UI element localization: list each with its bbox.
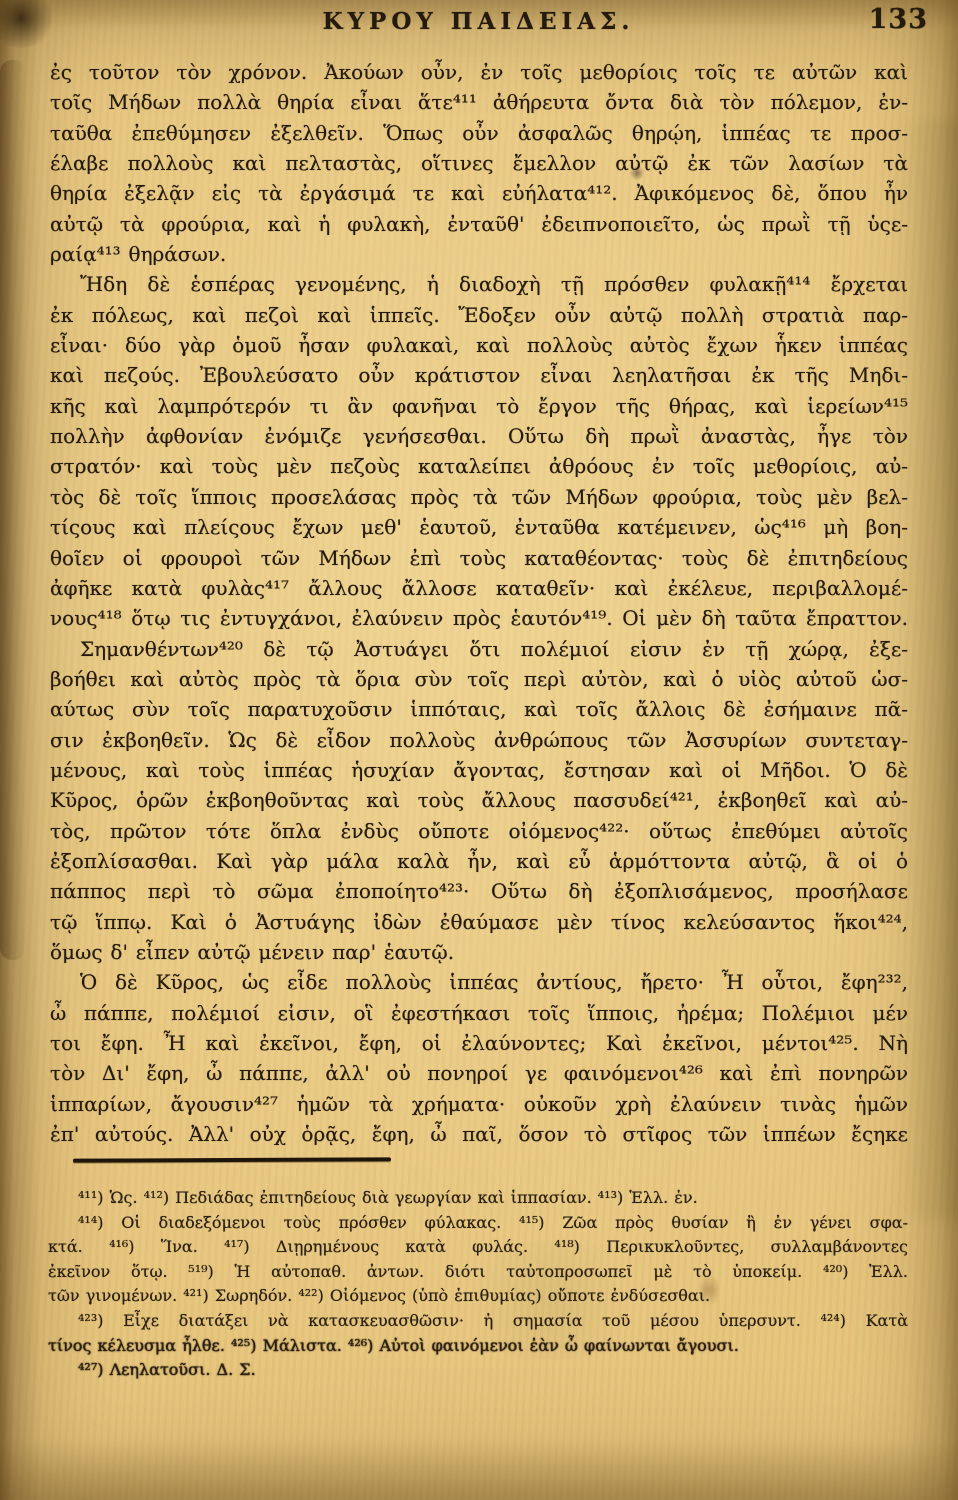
text-line: ἱππαρίων, ἄγουσιν⁴²⁷ ἡμῶν τὰ χρήματα· οὐ… <box>50 1089 908 1119</box>
text-line: ἐκ πόλεως, καὶ πεζοὶ καὶ ἱππεῖς. Ἔδοξεν … <box>50 300 908 330</box>
text-line: Ἤδη δὲ ἑσπέρας γενομένης, ἡ διαδοχὴ τῇ π… <box>50 269 908 299</box>
text-line: αὐτῷ τὰ φρούρια, καὶ ἡ φυλακὴ, ἐνταῦθ' ἐ… <box>50 209 908 239</box>
text-line: σιν ἐκβοηθεῖν. Ὡς δὲ εἶδον πολλοὺς ἀνθρώ… <box>50 725 908 755</box>
text-line: ὅμως δ' εἶπεν αὐτῷ μένειν παρ' ἑαυτῷ. <box>50 937 908 967</box>
main-text: ἐς τοῦτον τὸν χρόνον. Ἀκούων οὖν, ἐν τοῖ… <box>50 57 908 1149</box>
text-line: νους⁴¹⁸ ὅτῳ τις ἐντυγχάνοι, ἐλαύνειν πρὸ… <box>50 603 908 633</box>
text-line: βοήθει καὶ αὐτὸς πρὸς τὰ ὅρια σὺν τοῖς π… <box>50 664 908 694</box>
footnotes: ⁴¹¹) Ὡς. ⁴¹²) Πεδιάδας ἐπιτηδείους διὰ γ… <box>48 1186 908 1383</box>
text-line: ἐς τοῦτον τὸν χρόνον. Ἀκούων οὖν, ἐν τοῖ… <box>50 57 908 87</box>
text-line: αύτως σὺν τοῖς παρατυχοῦσιν ἱππόταις, κα… <box>50 694 908 724</box>
text-line: ραίᾳ⁴¹³ θηράσων. <box>50 239 908 269</box>
text-line: Σημανθέντων⁴²⁰ δὲ τῷ Ἀστυάγει ὅτι πολέμι… <box>50 634 908 664</box>
footnote-line: τίνος κέλευσμα ἦλθε. ⁴²⁵) Μάλιστα. ⁴²⁶) … <box>48 1334 908 1359</box>
text-line: τὸς δὲ τοῖς ἵπποις προσελάσας πρὸς τὰ τῶ… <box>50 482 908 512</box>
footnote-line: ἐκεῖνον ὅτῳ. ⁵¹⁹) Ἡ αὐτοπαθ. ἀντων. διότ… <box>48 1260 908 1285</box>
text-line: στρατόν· καὶ τοὺς μὲν πεζοὺς καταλείπει … <box>50 451 908 481</box>
footnote-line: ⁴²⁷) Λεηλατοῦσι. Δ. Σ. <box>48 1358 908 1383</box>
text-line: κῆς καὶ λαμπρότερόν τι ἂν φανῆναι τὸ ἔργ… <box>50 391 908 421</box>
text-line: τοι ἔφη. Ἦ καὶ ἐκεῖνοι, ἔφη, οἱ ἐλαύνοντ… <box>50 1028 908 1058</box>
page-title: ΚΥΡΟΥ ΠΑΙΔΕΙΑΣ. <box>323 8 635 35</box>
text-line: πολλὴν ἀφθονίαν ἐνόμιζε γενήσεσθαι. Οὕτω… <box>50 421 908 451</box>
ink-smudge-top-left <box>0 0 56 48</box>
page-number: 133 <box>869 4 928 35</box>
footnote-line: ⁴¹⁴) Οἱ διαδεξόμενοι τοὺς πρόσθεν φύλακα… <box>48 1211 908 1236</box>
text-line: ἐξοπλίσασθαι. Καὶ γὰρ μάλα καλὰ ἦν, καὶ … <box>50 846 908 876</box>
text-line: τίςους καὶ πλείςους ἔχων μεθ' ἑαυτοῦ, ἐν… <box>50 512 908 542</box>
text-line: ἐπ' αὐτούς. Ἀλλ' οὐχ ὁρᾷς, ἔφη, ὦ παῖ, ὅ… <box>50 1119 908 1149</box>
text-line: Ὁ δὲ Κῦρος, ὡς εἶδε πολλοὺς ἱππέας ἀντίο… <box>50 967 908 997</box>
text-line: πάππος περὶ τὸ σῶμα ἐποποίητο⁴²³· Οὕτω δ… <box>50 876 908 906</box>
page-header: ΚΥΡΟΥ ΠΑΙΔΕΙΑΣ. <box>50 8 907 35</box>
text-line: τὸς, πρῶτον τότε ὅπλα ἐνδὺς οὔποτε οἰόμε… <box>50 816 908 846</box>
text-line: εἶναι· δύο γὰρ ὁμοῦ ἦσαν φυλακαὶ, καὶ πο… <box>50 330 908 360</box>
text-line: τοῖς Μήδων πολλὰ θηρία εἶναι ἅτε⁴¹¹ ἀθήρ… <box>50 87 908 117</box>
text-line: ταῦθα ἐπεθύμησεν ἐξελθεῖν. Ὅπως οὖν ἀσφα… <box>50 118 908 148</box>
text-line: καὶ πεζούς. Ἐβουλεύσατο οὖν κράτιστον εἶ… <box>50 360 908 390</box>
footnote-line: ⁴¹¹) Ὡς. ⁴¹²) Πεδιάδας ἐπιτηδείους διὰ γ… <box>48 1186 908 1211</box>
text-line: θοῖεν οἱ φρουροὶ τῶν Μήδων ἐπὶ τοὺς κατα… <box>50 543 908 573</box>
text-line: Κῦρος, ὁρῶν ἐκβοηθοῦντας καὶ τοὺς ἄλλους… <box>50 785 908 815</box>
footnote-line: τῶν γινομένων. ⁴²¹) Σωρηδόν. ⁴²²) Οἰόμεν… <box>48 1284 908 1309</box>
footnote-line: ⁴²³) Εἶχε διατάξει νὰ κατασκευασθῶσιν· ἡ… <box>48 1309 908 1334</box>
text-line: τὸν Δι' ἔφη, ὦ πάππε, ἀλλ' οὐ πονηροί γε… <box>50 1058 908 1088</box>
book-page: ΚΥΡΟΥ ΠΑΙΔΕΙΑΣ. 133 ἐς τοῦτον τὸν χρόνον… <box>0 0 958 1500</box>
text-line: τῷ ἵππῳ. Καὶ ὁ Ἀστυάγης ἰδὼν ἐθαύμασε μὲ… <box>50 907 908 937</box>
text-line: έλαβε πολλοὺς καὶ πελταστὰς, οἵτινες ἔμε… <box>50 148 908 178</box>
page-edge-shadow-left <box>0 60 26 960</box>
text-line: ἀφῆκε κατὰ φυλὰς⁴¹⁷ ἄλλους ἄλλοσε καταθε… <box>50 573 908 603</box>
text-line: μένους, καὶ τοὺς ἱππέας ἡσυχίαν ἄγοντας,… <box>50 755 908 785</box>
text-line: θηρία ἐξελᾷν εἰς τὰ ἐργάσιμά τε καὶ εὐήλ… <box>50 178 908 208</box>
footnote-separator <box>73 1157 391 1162</box>
text-line: ὦ πάππε, πολέμιοί εἰσιν, οἳ ἐφεστήκασι τ… <box>50 998 908 1028</box>
footnote-line: κτά. ⁴¹⁶) Ἵνα. ⁴¹⁷) Διῃρημένους κατὰ φυλ… <box>48 1235 908 1260</box>
